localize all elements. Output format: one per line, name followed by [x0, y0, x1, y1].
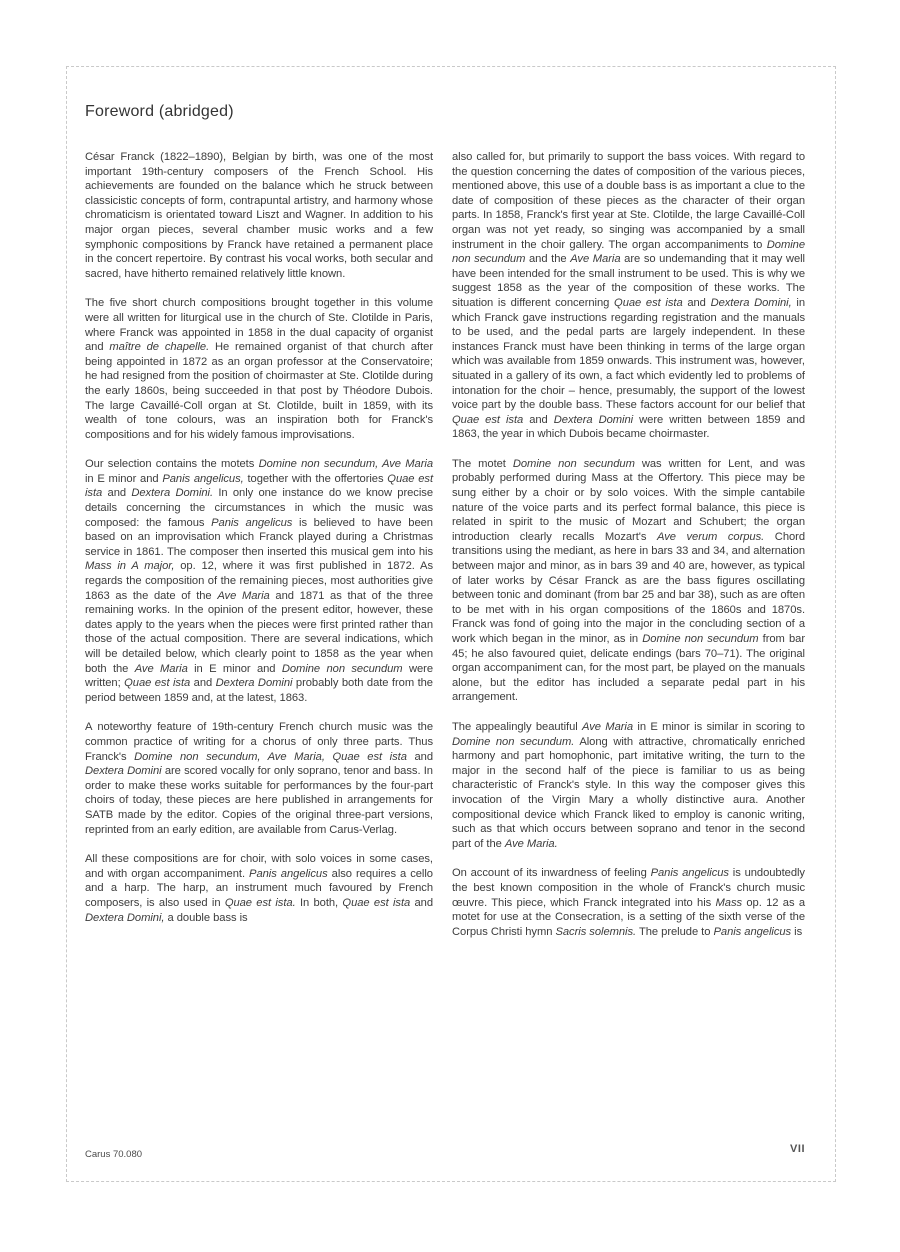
text-run: César Franck (1822–1890), Belgian by bir… [85, 151, 433, 280]
work-title: Panis angelicus [651, 867, 729, 879]
text-run: in E minor and [85, 473, 162, 485]
work-title: Domine non secundum [642, 633, 758, 645]
work-title: Ave Maria [582, 721, 633, 733]
text-run: Our selection contains the motets [85, 458, 259, 470]
work-title: Dextera Domini, [711, 297, 792, 309]
work-title: Ave verum corpus. [657, 531, 764, 543]
text-run: in which Franck gave instructions regard… [452, 297, 805, 411]
paragraph: also called for, but primarily to suppor… [452, 150, 805, 442]
work-title: Dextera Domini. [131, 487, 213, 499]
text-run: and [102, 487, 131, 499]
text-run: and [190, 677, 215, 689]
work-title: Ave Maria. [505, 838, 558, 850]
paragraph: The appealingly beautiful Ave Maria in E… [452, 720, 805, 851]
work-title: Ave Maria [217, 590, 269, 602]
catalog-number: Carus 70.080 [85, 1149, 142, 1160]
work-title: maître de chapelle. [109, 341, 209, 353]
text-run: is [791, 926, 802, 938]
work-title: Sacris solemnis. [555, 926, 636, 938]
left-column: César Franck (1822–1890), Belgian by bir… [85, 150, 433, 925]
work-title: Quae est ista [342, 897, 410, 909]
work-title: Panis angelicus [249, 868, 328, 880]
text-run: The appealingly beautiful [452, 721, 582, 733]
work-title: Domine non secundum, Ave Maria, Quae est… [134, 751, 407, 763]
text-run: The prelude to [636, 926, 713, 938]
paragraph: The motet Domine non secundum was writte… [452, 457, 805, 705]
work-title: Quae est ista [614, 297, 683, 309]
text-run: in E minor and [188, 663, 282, 675]
work-title: Mass in A major, [85, 560, 174, 572]
text-run: and [683, 297, 711, 309]
text-run: together with the offertories [244, 473, 388, 485]
work-title: Dextera Domini [216, 677, 293, 689]
text-run: He remained organist of that church afte… [85, 341, 433, 441]
text-run: In both, [296, 897, 343, 909]
work-title: Panis angelicus, [162, 473, 243, 485]
text-run: and [523, 414, 554, 426]
work-title: Quae est ista [452, 414, 523, 426]
work-title: Dextera Domini, [85, 912, 164, 924]
work-title: Domine non secundum [513, 458, 635, 470]
paragraph: A noteworthy feature of 19th-century Fre… [85, 720, 433, 837]
paragraph: César Franck (1822–1890), Belgian by bir… [85, 150, 433, 281]
work-title: Quae est ista [124, 677, 190, 689]
text-run: in E minor is similar in scoring to [633, 721, 805, 733]
work-title: Dextera Domini [554, 414, 633, 426]
work-title: Domine non secundum. [452, 736, 574, 748]
right-column: also called for, but primarily to suppor… [452, 150, 805, 939]
text-run: On account of its inwardness of feeling [452, 867, 651, 879]
text-run: a double bass is [164, 912, 247, 924]
work-title: Dextera Domini [85, 765, 162, 777]
paragraph: All these compositions are for choir, wi… [85, 852, 433, 925]
work-title: Ave Maria [135, 663, 188, 675]
text-run: Chord transitions using the mediant, as … [452, 531, 805, 645]
work-title: Panis angelicus [211, 517, 292, 529]
work-title: Panis angelicus [713, 926, 791, 938]
work-title: Ave Maria [570, 253, 620, 265]
text-run: and [410, 897, 433, 909]
paragraph: Our selection contains the motets Domine… [85, 457, 433, 705]
text-run: The motet [452, 458, 513, 470]
page-title: Foreword (abridged) [85, 103, 234, 121]
paragraph: On account of its inwardness of feeling … [452, 866, 805, 939]
text-run: and the [525, 253, 570, 265]
text-run: and [407, 751, 433, 763]
work-title: Domine non secundum, Ave Maria [259, 458, 433, 470]
work-title: Domine non secundum [282, 663, 403, 675]
text-run: also called for, but primarily to suppor… [452, 151, 805, 251]
work-title: Mass [716, 897, 743, 909]
work-title: Quae est ista. [225, 897, 296, 909]
page-number: VII [655, 1143, 805, 1155]
paragraph: The five short church compositions broug… [85, 296, 433, 442]
text-run: Along with attractive, chromatically enr… [452, 736, 805, 850]
